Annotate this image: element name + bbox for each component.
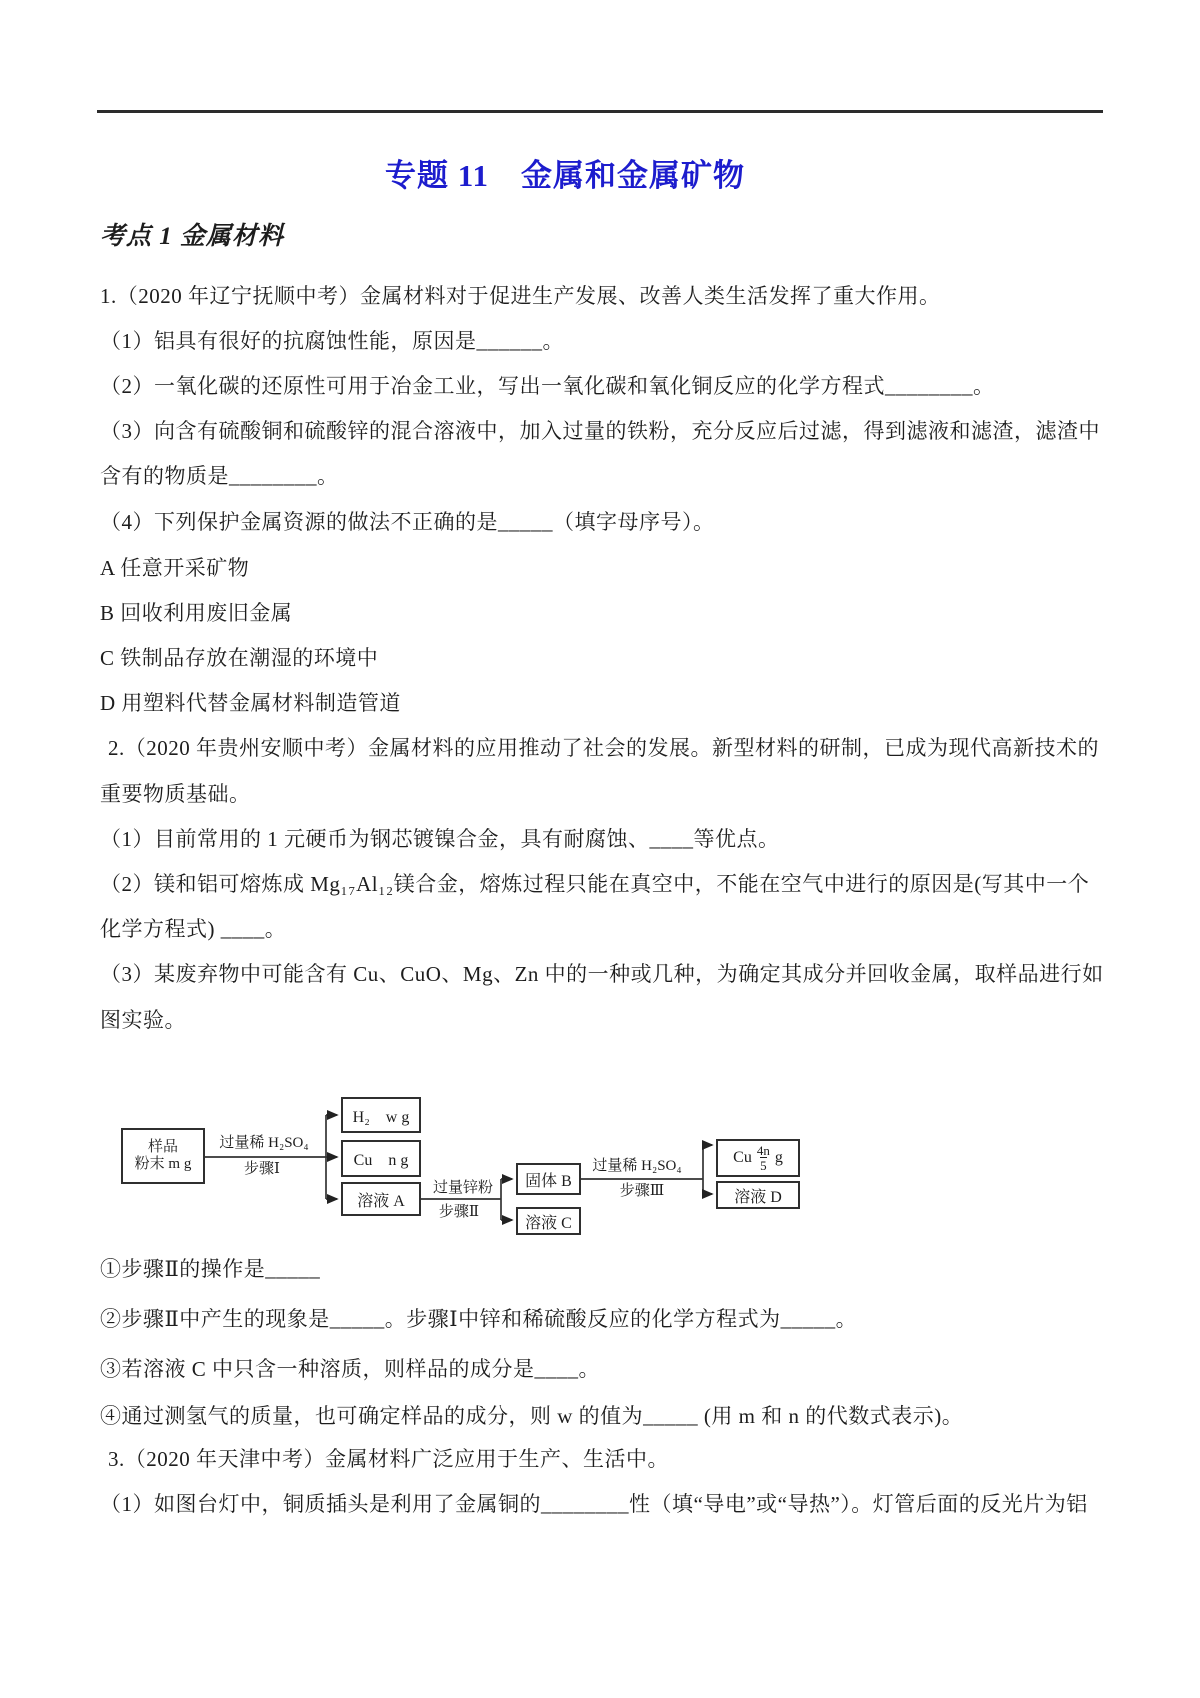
q2-sub4: ④通过测氢气的质量，也可确定样品的成分，则 w 的值为_____ (用 m 和 … xyxy=(100,1403,963,1429)
box-solution-d: 溶液 D xyxy=(716,1181,800,1209)
label-step1-name: 步骤Ⅰ xyxy=(231,1161,293,1178)
experiment-flowchart: 样品 粉末 m g 过量稀 H₂SO₄ 步骤Ⅰ H₂ w g Cu n g 溶液… xyxy=(113,1095,825,1237)
page-title: 专题 11 金属和金属矿物 xyxy=(0,150,1130,195)
q2-part3-line1: （3）某废弃物中可能含有 Cu、CuO、Mg、Zn 中的一种或几种，为确定其成分… xyxy=(100,961,1104,987)
box-solution-a: 溶液 A xyxy=(341,1182,421,1216)
q2-part1: （1）目前常用的 1 元硬币为钢芯镀镍合金，具有耐腐蚀、____等优点。 xyxy=(100,826,780,852)
q1-part2: （2）一氧化碳的还原性可用于冶金工业，写出一氧化碳和氧化铜反应的化学方程式___… xyxy=(100,373,995,399)
q2-sub1: ①步骤Ⅱ的操作是_____ xyxy=(100,1256,320,1282)
fraction-4n-5: 4n 5 xyxy=(757,1144,770,1172)
box-h2: H₂ w g xyxy=(341,1097,421,1133)
label-step3-name: 步骤Ⅲ xyxy=(611,1183,673,1200)
label-step3-reagent: 过量稀 H₂SO₄ xyxy=(583,1158,691,1175)
q2-part2-line2: 化学方程式) ____。 xyxy=(100,916,286,942)
top-rule xyxy=(97,110,1103,113)
q2-part2-line1: （2）镁和铝可熔炼成 Mg₁₇Al₁₂镁合金，熔炼过程只能在真空中，不能在空气中… xyxy=(100,871,1089,897)
q2-sub3: ③若溶液 C 中只含一种溶质，则样品的成分是____。 xyxy=(100,1356,600,1382)
box-solution-c: 溶液 C xyxy=(516,1207,581,1235)
q1-part3-line1: （3）向含有硫酸铜和硫酸锌的混合溶液中，加入过量的铁粉，充分反应后过滤，得到滤液… xyxy=(100,418,1100,444)
q1-part4: （4）下列保护金属资源的做法不正确的是_____（填字母序号）。 xyxy=(100,509,715,535)
q1-part3-line2: 含有的物质是________。 xyxy=(100,463,339,489)
box-cu: Cu n g xyxy=(341,1140,421,1177)
label-step2-reagent: 过量锌粉 xyxy=(423,1180,503,1197)
q2-stem-line1: 2.（2020 年贵州安顺中考）金属材料的应用推动了社会的发展。新型材料的研制，… xyxy=(108,735,1099,761)
q1-option-a: A 任意开采矿物 xyxy=(100,555,249,581)
label-step2-name: 步骤Ⅱ xyxy=(428,1204,490,1221)
box-sample-powder: 样品 粉末 m g xyxy=(121,1128,205,1184)
q2-part3-line2: 图实验。 xyxy=(100,1007,186,1033)
q1-stem: 1.（2020 年辽宁抚顺中考）金属材料对于促进生产发展、改善人类生活发挥了重大… xyxy=(100,283,941,309)
section-heading: 考点 1 金属材料 xyxy=(100,216,284,252)
box-solid-b: 固体 B xyxy=(516,1163,581,1195)
q1-option-c: C 铁制品存放在潮湿的环境中 xyxy=(100,645,378,671)
box-cu-result: Cu 4n 5 g xyxy=(716,1139,800,1177)
exam-page: 专题 11 金属和金属矿物 考点 1 金属材料 1.（2020 年辽宁抚顺中考）… xyxy=(0,0,1200,1698)
q1-option-d: D 用塑料代替金属材料制造管道 xyxy=(100,690,401,716)
q3-part1: （1）如图台灯中，铜质插头是利用了金属铜的________性（填“导电”或“导热… xyxy=(100,1491,1088,1517)
q2-stem-line2: 重要物质基础。 xyxy=(100,781,251,807)
q1-part1: （1）铝具有很好的抗腐蚀性能，原因是______。 xyxy=(100,328,564,354)
q3-stem: 3.（2020 年天津中考）金属材料广泛应用于生产、生活中。 xyxy=(108,1446,669,1472)
q2-sub2: ②步骤Ⅱ中产生的现象是_____。步骤Ⅰ中锌和稀硫酸反应的化学方程式为_____… xyxy=(100,1306,857,1332)
q1-option-b: B 回收利用废旧金属 xyxy=(100,600,292,626)
label-step1-reagent: 过量稀 H₂SO₄ xyxy=(208,1135,320,1152)
